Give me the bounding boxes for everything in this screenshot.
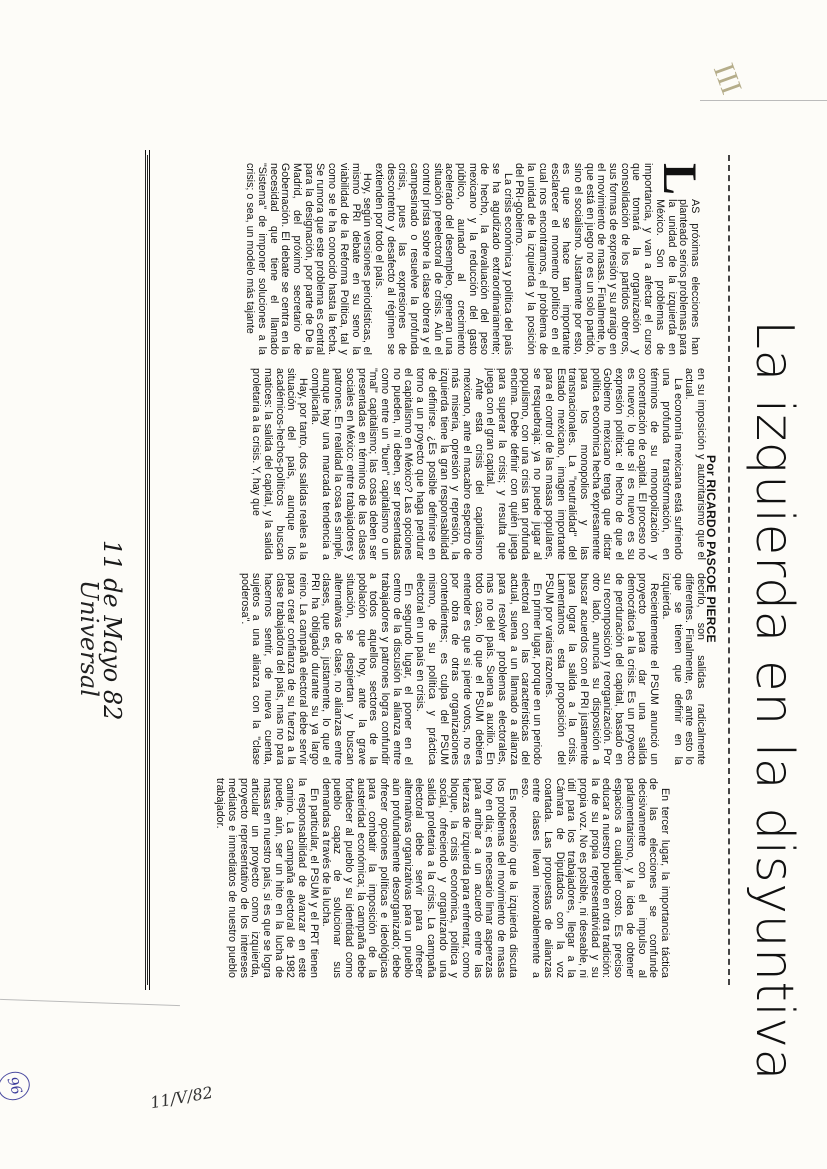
byline: Por RICARDO PASCOE PIERCE: [704, 455, 718, 643]
article-columns: L AS próximas elecciones han planteado s…: [160, 163, 700, 975]
paragraph: En tercer lugar, la importancia táctica …: [518, 778, 670, 978]
paragraph: Recientemente el PSUM anunció un proyect…: [542, 573, 659, 765]
article-column-4: En tercer lugar, la importancia táctica …: [160, 778, 670, 978]
article-title: La izquierda en la disyuntiva: [743, 320, 805, 1081]
scan-artifact-line: [0, 999, 180, 1006]
circled-page-number: 96: [0, 1067, 34, 1104]
article-column-3: decirlo, son salidas radicalmente difere…: [160, 573, 706, 765]
article-column-1: L AS próximas elecciones han planteado s…: [160, 163, 700, 355]
paragraph: La economía mexicana está sufriendo una …: [484, 368, 683, 560]
paragraph: Es necesario que la izquierda discuta lo…: [319, 778, 518, 978]
byline-prefix: Por: [704, 455, 718, 476]
paragraph: Hay, por tanto, dos salidas reales a la …: [250, 368, 309, 560]
paragraph: La crisis económica y política del país …: [372, 163, 512, 355]
handwritten-bottom-date: 11/V/82: [149, 1083, 214, 1113]
paragraph: Ante esta crisis del capitalismo mexican…: [308, 368, 484, 560]
handwritten-roman-numeral: III: [706, 59, 748, 99]
paragraph: en su imposición y autoritarismo que el …: [683, 368, 706, 560]
article-frame: Por RICARDO PASCOE PIERCE L AS próximas …: [145, 155, 730, 985]
scan-artifact-line: [700, 100, 827, 101]
drop-cap: L: [660, 163, 698, 195]
headline-area: La izquierda en la disyuntiva: [730, 150, 805, 990]
paragraph: En primer lugar, porque en un periodo el…: [413, 573, 542, 765]
article-column-2: en su imposición y autoritarismo que el …: [160, 368, 706, 560]
paragraph: En particular, el PSUM y el PRT tienen l…: [214, 778, 319, 978]
paragraph: decirlo, son salidas radicalmente difere…: [659, 573, 706, 765]
paragraph: Hoy, según versiones periodísticas, el m…: [244, 163, 373, 355]
byline-author: RICARDO PASCOE PIERCE: [704, 480, 718, 643]
paragraph: En segundo lugar, el poner en el centro …: [238, 573, 414, 765]
handwritten-source: Universal: [75, 580, 103, 697]
newspaper-clipping: La izquierda en la disyuntiva Por RICARD…: [145, 150, 805, 990]
